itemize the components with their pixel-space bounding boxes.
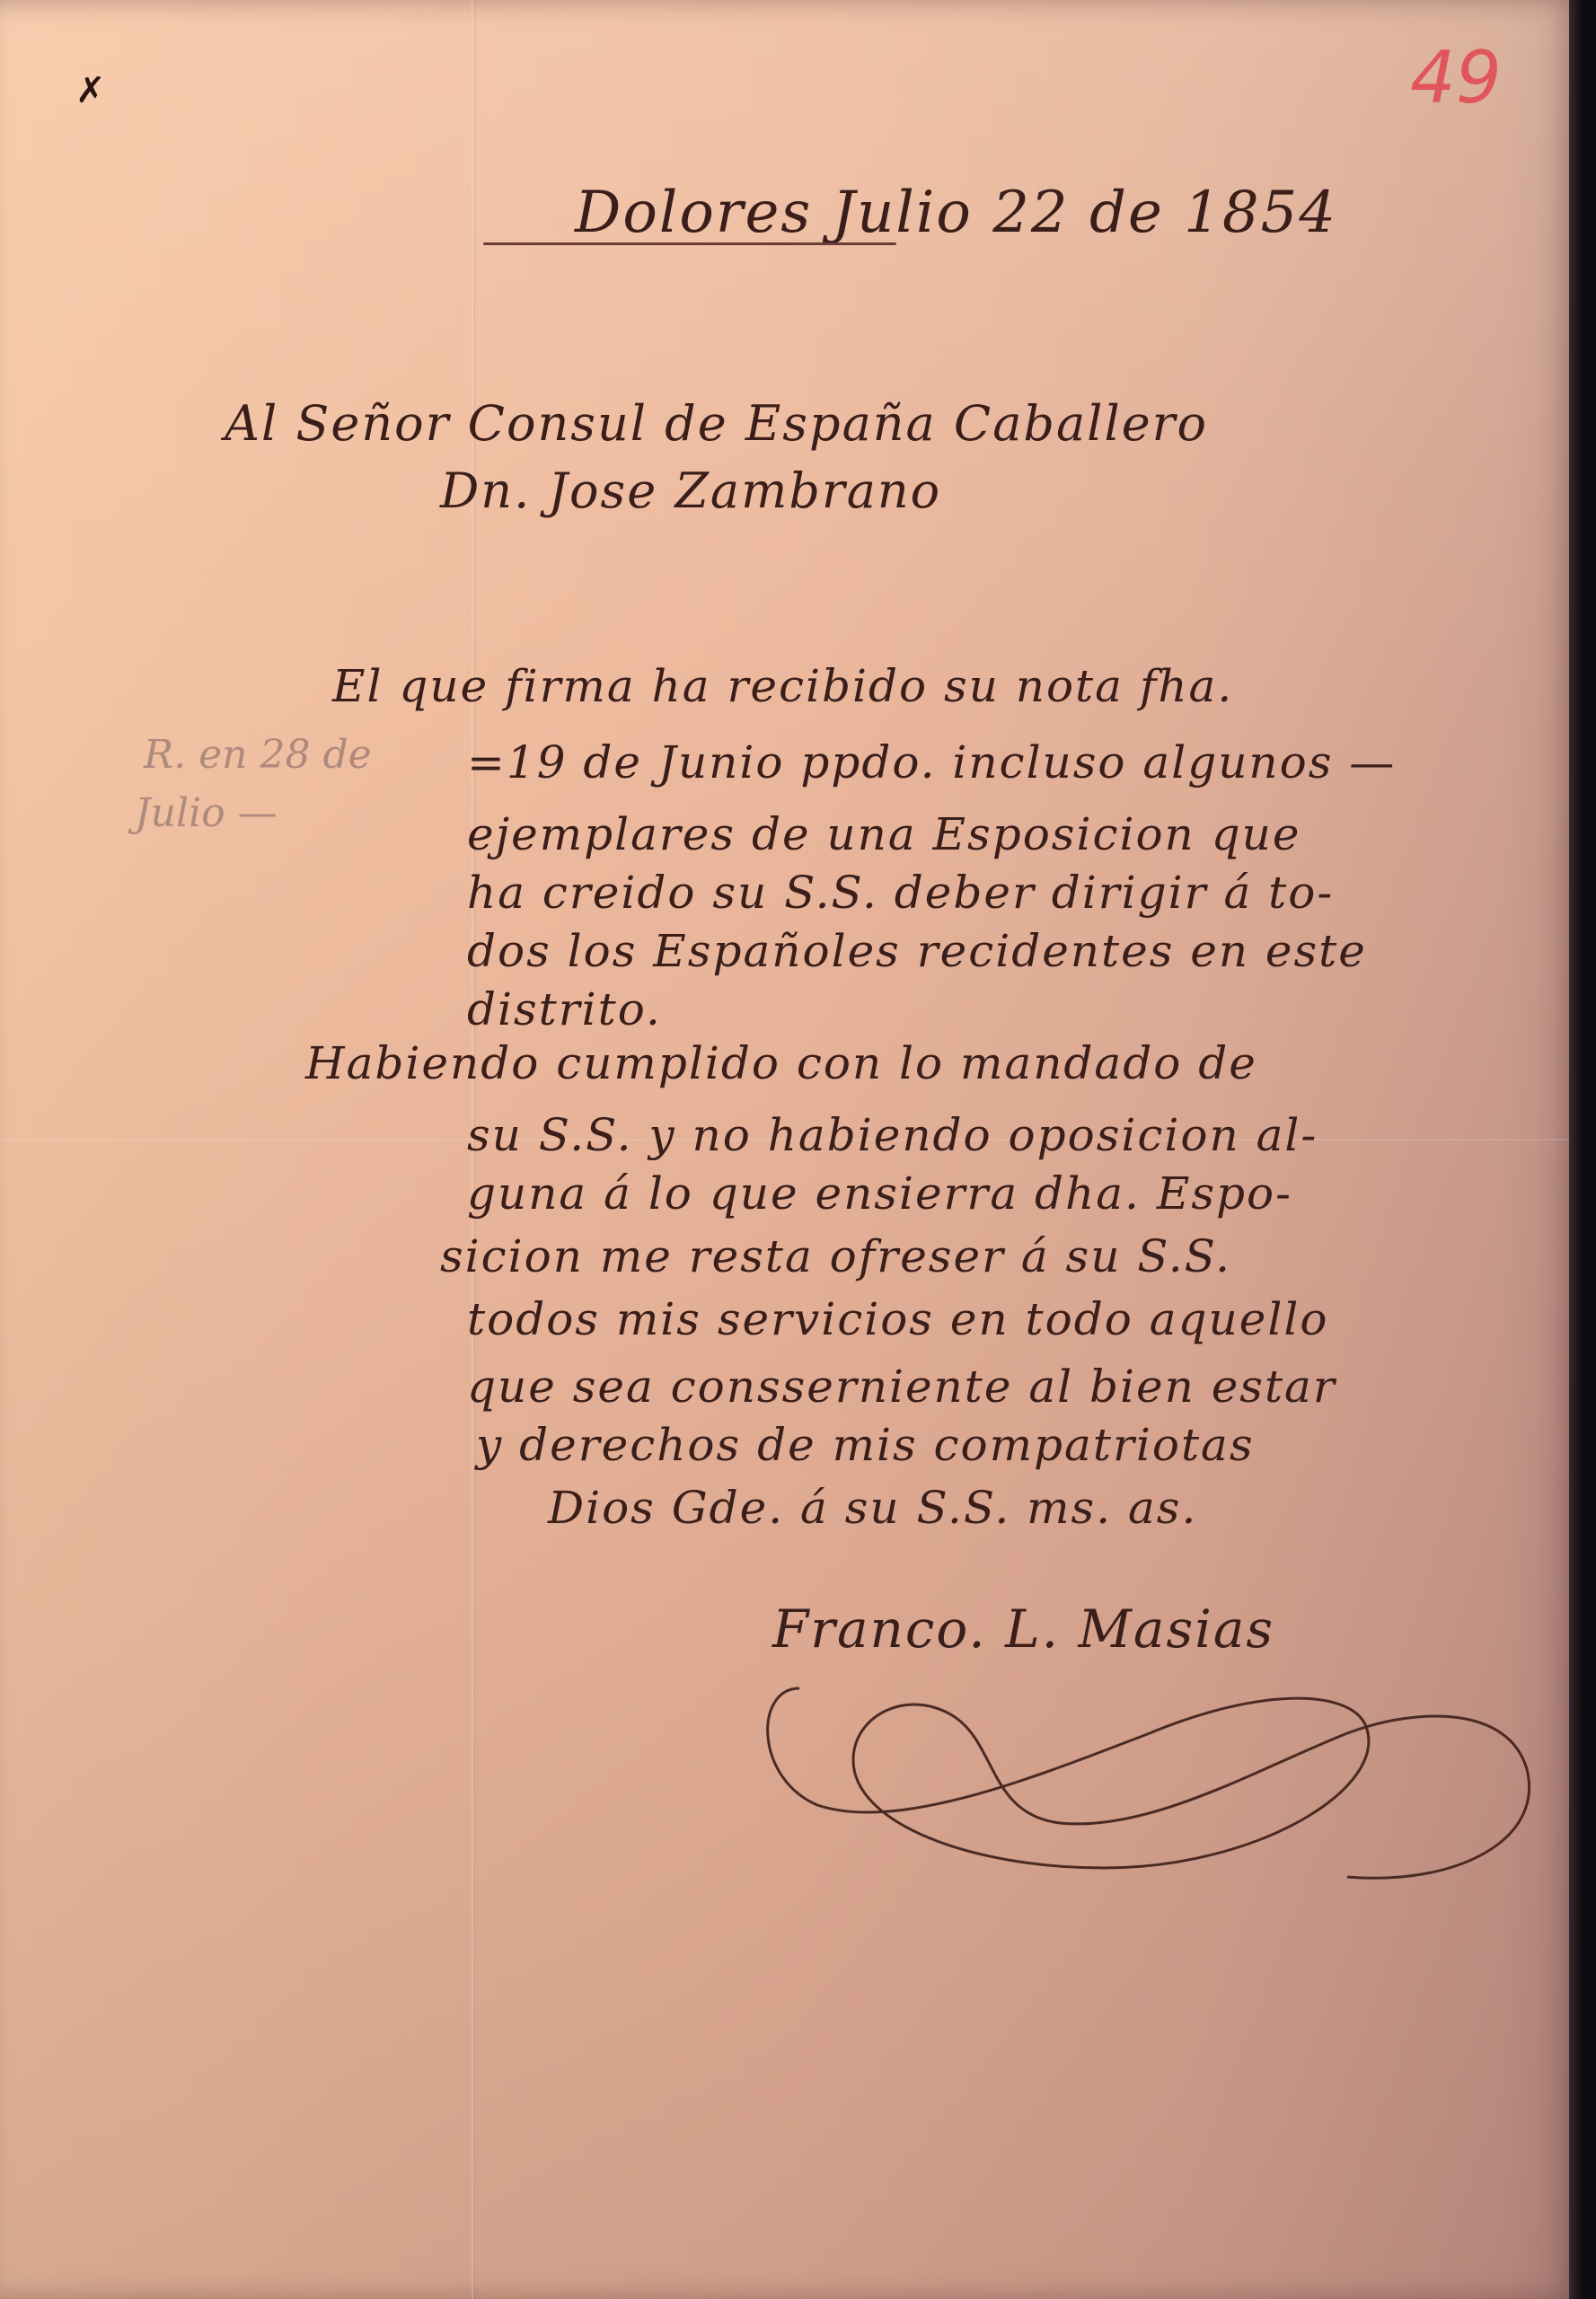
- body-line: todos mis servicios en todo aquello: [467, 1293, 1328, 1345]
- margin-note-line-1: R. en 28 de: [144, 732, 372, 778]
- page-number-mark: 49: [1410, 36, 1502, 119]
- body-line: =19 de Junio ppdo. incluso algunos —: [467, 736, 1396, 788]
- margin-note-line-2: Julio —: [135, 790, 278, 836]
- closing-line: Dios Gde. á su S.S. ms. as.: [548, 1482, 1197, 1534]
- body-line: El que firma ha recibido su nota fha.: [332, 660, 1233, 712]
- signature-flourish-icon: [719, 1634, 1581, 1904]
- body-line: distrito.: [467, 983, 662, 1035]
- date-underline: [483, 242, 896, 245]
- corner-mark: ✗: [75, 70, 106, 111]
- body-line: su S.S. y no habiendo oposicion al-: [467, 1109, 1318, 1161]
- body-line: ejemplares de una Esposicion que: [467, 808, 1301, 860]
- body-line: que sea consserniente al bien estar: [467, 1361, 1336, 1413]
- addressee-line-1: Al Señor Consul de España Caballero: [225, 395, 1208, 452]
- addressee-line-2: Dn. Jose Zambrano: [440, 462, 941, 519]
- body-line: guna á lo que ensierra dha. Espo-: [467, 1167, 1292, 1220]
- body-line: dos los Españoles recidentes en este: [467, 925, 1367, 977]
- letter-page: ✗ 49 Dolores Julio 22 de 1854 Al Señor C…: [0, 0, 1583, 2299]
- body-line: sicion me resta ofreser á su S.S.: [440, 1230, 1231, 1282]
- body-line: Habiendo cumplido con lo mandado de: [305, 1037, 1257, 1089]
- page-edge-shadow: [1569, 0, 1583, 2299]
- date-line: Dolores Julio 22 de 1854: [575, 180, 1337, 246]
- body-line: y derechos de mis compatriotas: [476, 1419, 1255, 1471]
- body-line: ha creido su S.S. deber dirigir á to-: [467, 867, 1334, 919]
